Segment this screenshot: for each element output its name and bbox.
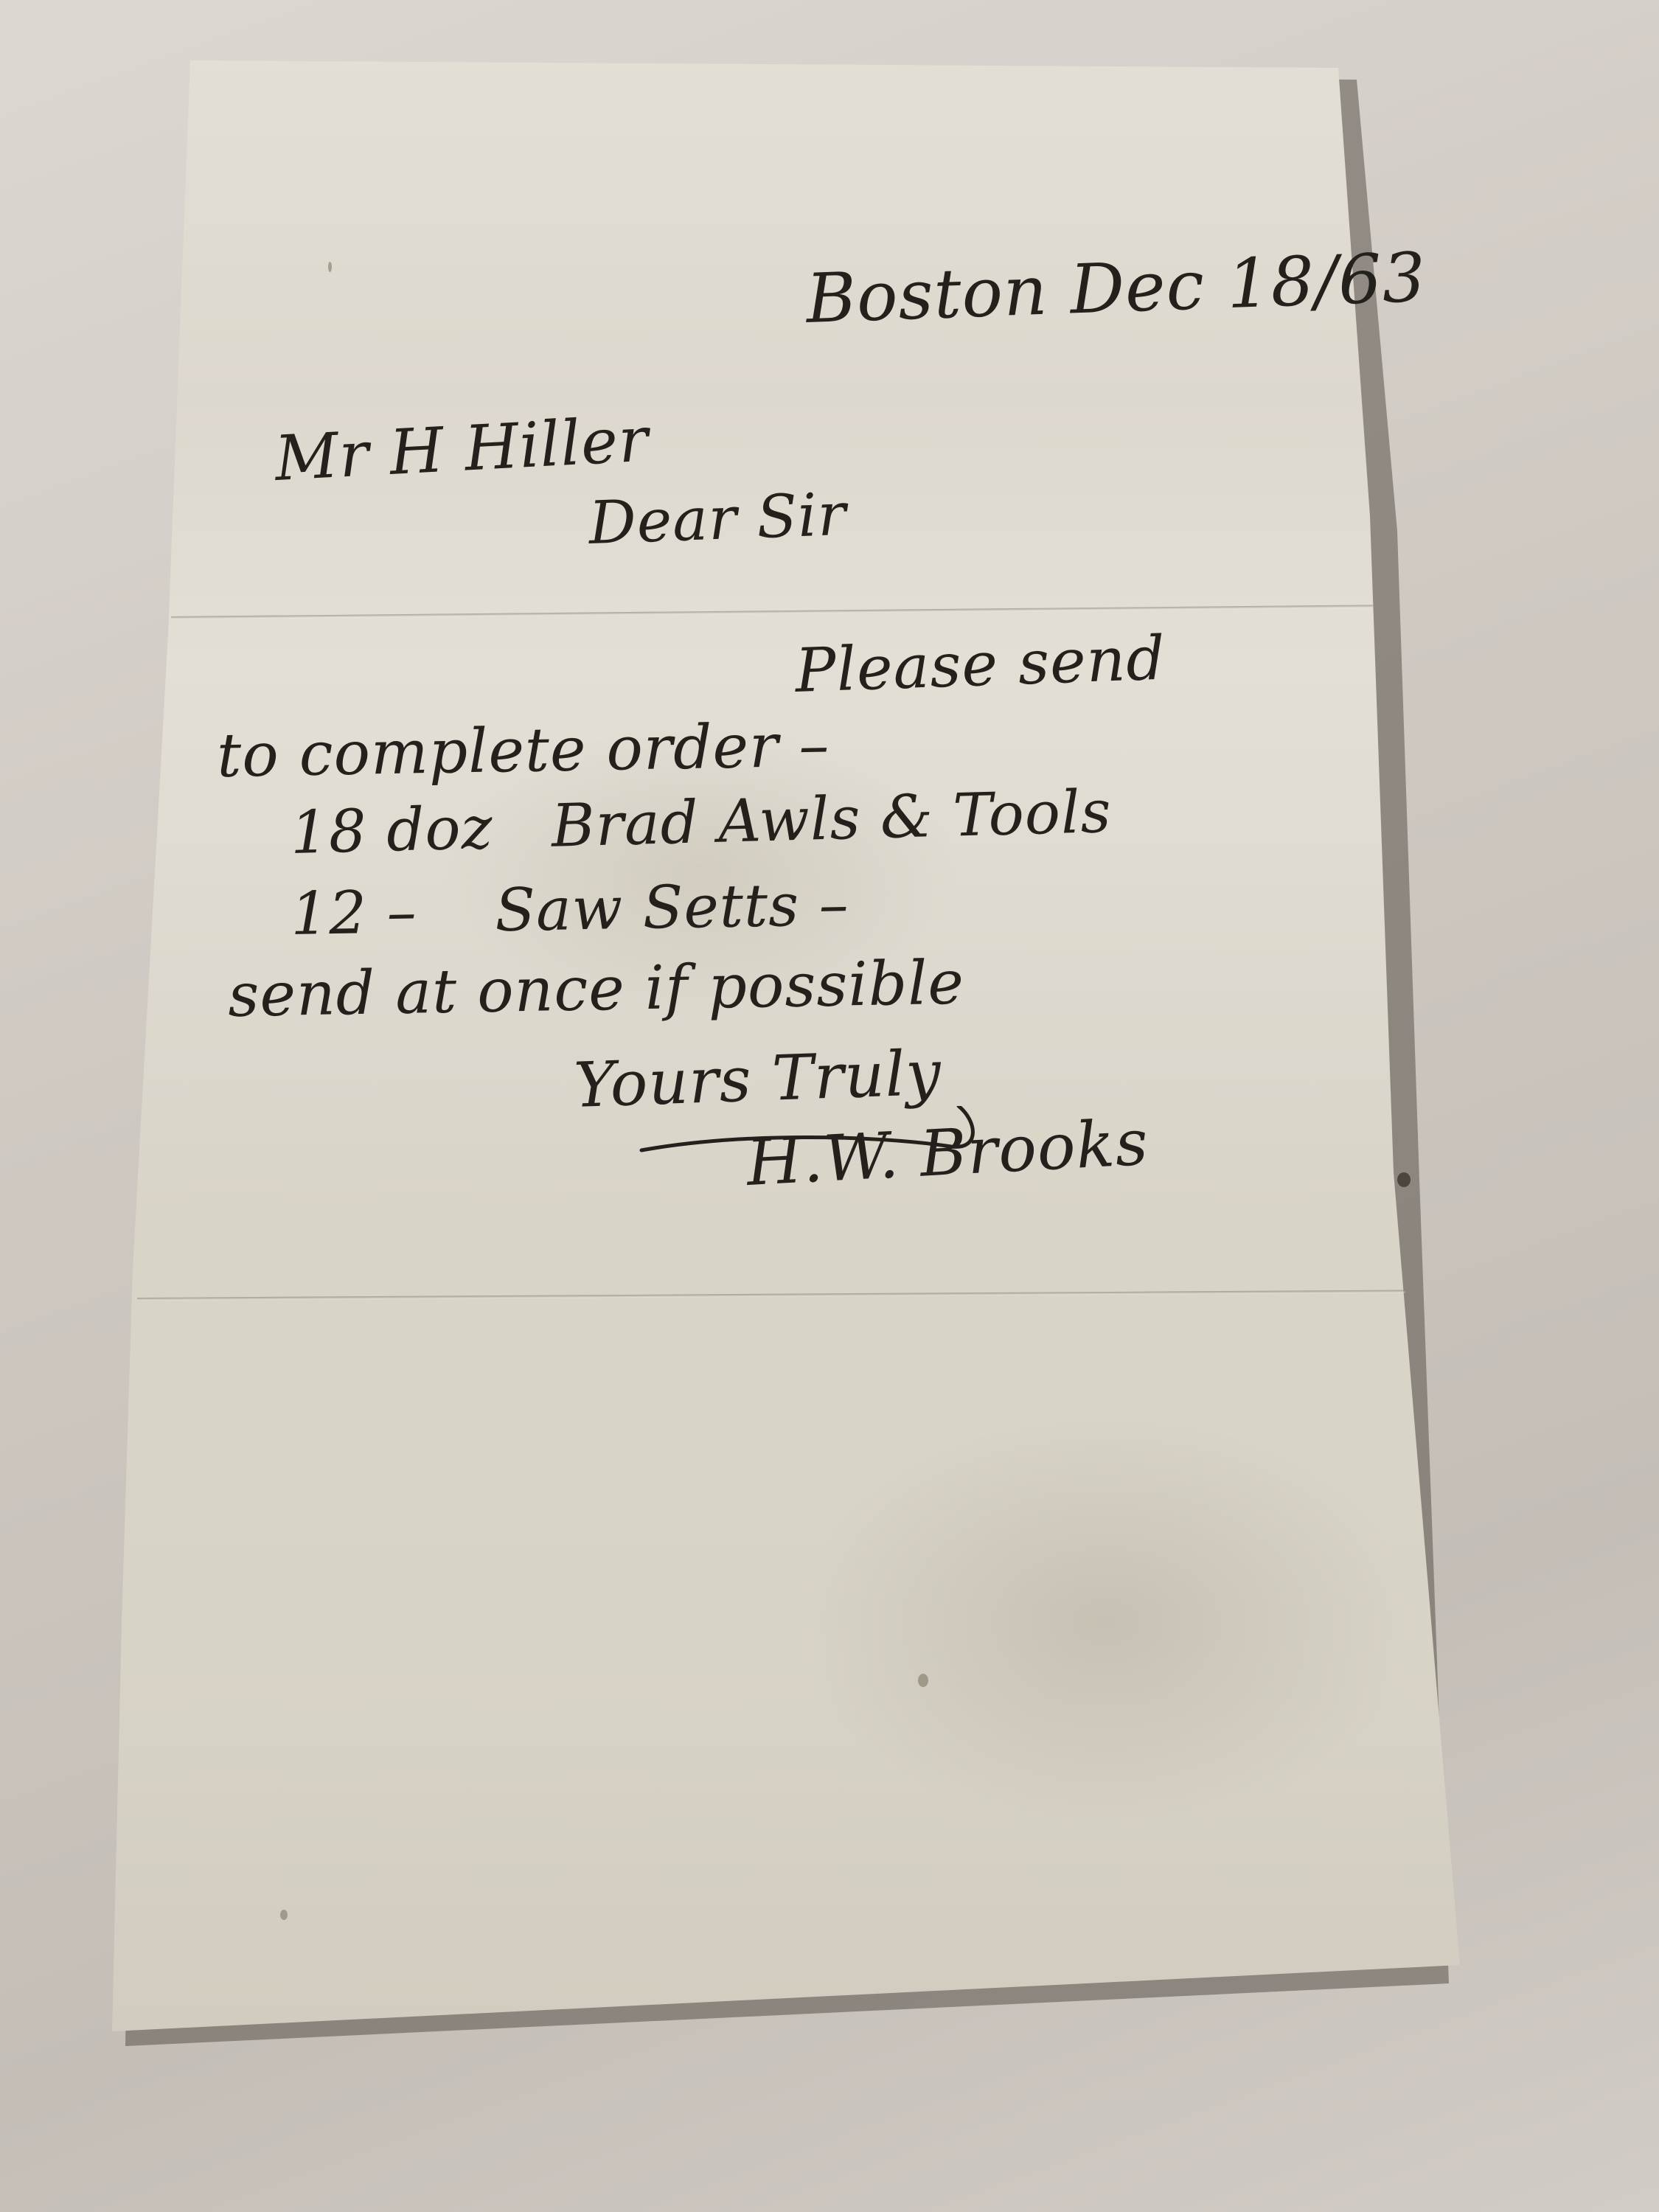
letter-date-line: Boston Dec 18/63 <box>805 244 1427 333</box>
order-item-description: Brad Awls & Tools <box>551 777 1113 860</box>
letter-body-line-1: Please send <box>794 629 1166 702</box>
letter-closing: Yours Truly <box>573 1042 942 1116</box>
paper-mark <box>328 262 332 272</box>
letter-greeting: Dear Sir <box>588 485 847 553</box>
order-item-quantity: 18 doz <box>290 793 494 867</box>
order-item-description: Saw Setts – <box>494 870 849 945</box>
letter-recipient: Mr H Hiller <box>274 408 650 490</box>
paper-stain <box>280 1910 288 1920</box>
paper-edge-nick <box>1397 1172 1411 1187</box>
paper-stain <box>918 1674 928 1687</box>
order-item-quantity: 12 – <box>290 877 417 948</box>
letter-body-line-3: send at once if possible <box>228 953 965 1026</box>
photo-scene: Boston Dec 18/63 Mr H Hiller Dear Sir Pl… <box>0 0 1659 2212</box>
letter-body-line-2: to complete order – <box>217 716 830 787</box>
order-item-2: 12 – Saw Setts – <box>291 875 850 944</box>
